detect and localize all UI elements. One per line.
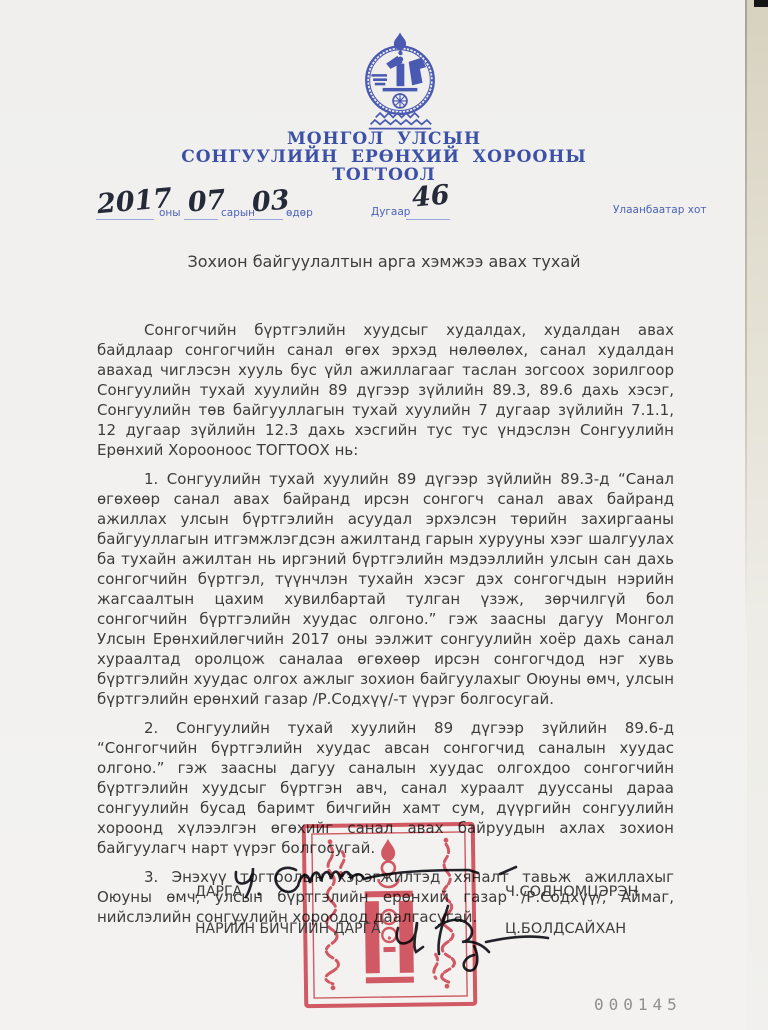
number-underline	[406, 219, 450, 220]
day-label: өдөр	[286, 207, 313, 219]
scanned-document-page: МОНГОЛ УЛСЫН СОНГУУЛИЙН ЕРӨНХИЙ ХОРООНЫ …	[0, 0, 768, 1030]
year-underline	[96, 219, 154, 220]
mongolia-state-emblem-icon	[348, 30, 452, 132]
paragraph-preamble: Сонгогчийн бүртгэлийн хуудсыг худалдах, …	[97, 320, 674, 460]
month-underline	[184, 219, 218, 220]
number-label: Дугаар	[371, 206, 410, 218]
letterhead-organization: СОНГУУЛИЙН ЕРӨНХИЙ ХОРООНЫ	[0, 148, 768, 166]
document-title: Зохион байгуулалтын арга хэмжээ авах тух…	[0, 252, 768, 271]
year-label: оны	[159, 207, 181, 219]
letterhead: МОНГОЛ УЛСЫН СОНГУУЛИЙН ЕРӨНХИЙ ХОРООНЫ …	[0, 130, 768, 184]
handwritten-day: 03	[251, 186, 291, 216]
secretary-signature	[386, 898, 554, 980]
handwritten-number: 46	[411, 181, 451, 211]
scan-edge-line	[745, 0, 747, 639]
letterhead-country: МОНГОЛ УЛСЫН	[0, 130, 768, 148]
month-label: сарын	[221, 207, 255, 219]
scan-corner-mark	[754, 0, 768, 7]
city-label: Улаанбаатар хот	[613, 204, 707, 216]
page-number: 000145	[594, 995, 682, 1014]
secretary-role-label: НАРИЙН БИЧГИЙН ДАРГА	[195, 921, 381, 937]
paragraph-1: 1. Сонгуулийн тухай хуулийн 89 дүгээр зү…	[97, 469, 674, 709]
day-underline	[249, 219, 283, 220]
letterhead-doc-type: ТОГТООЛ	[0, 166, 768, 184]
